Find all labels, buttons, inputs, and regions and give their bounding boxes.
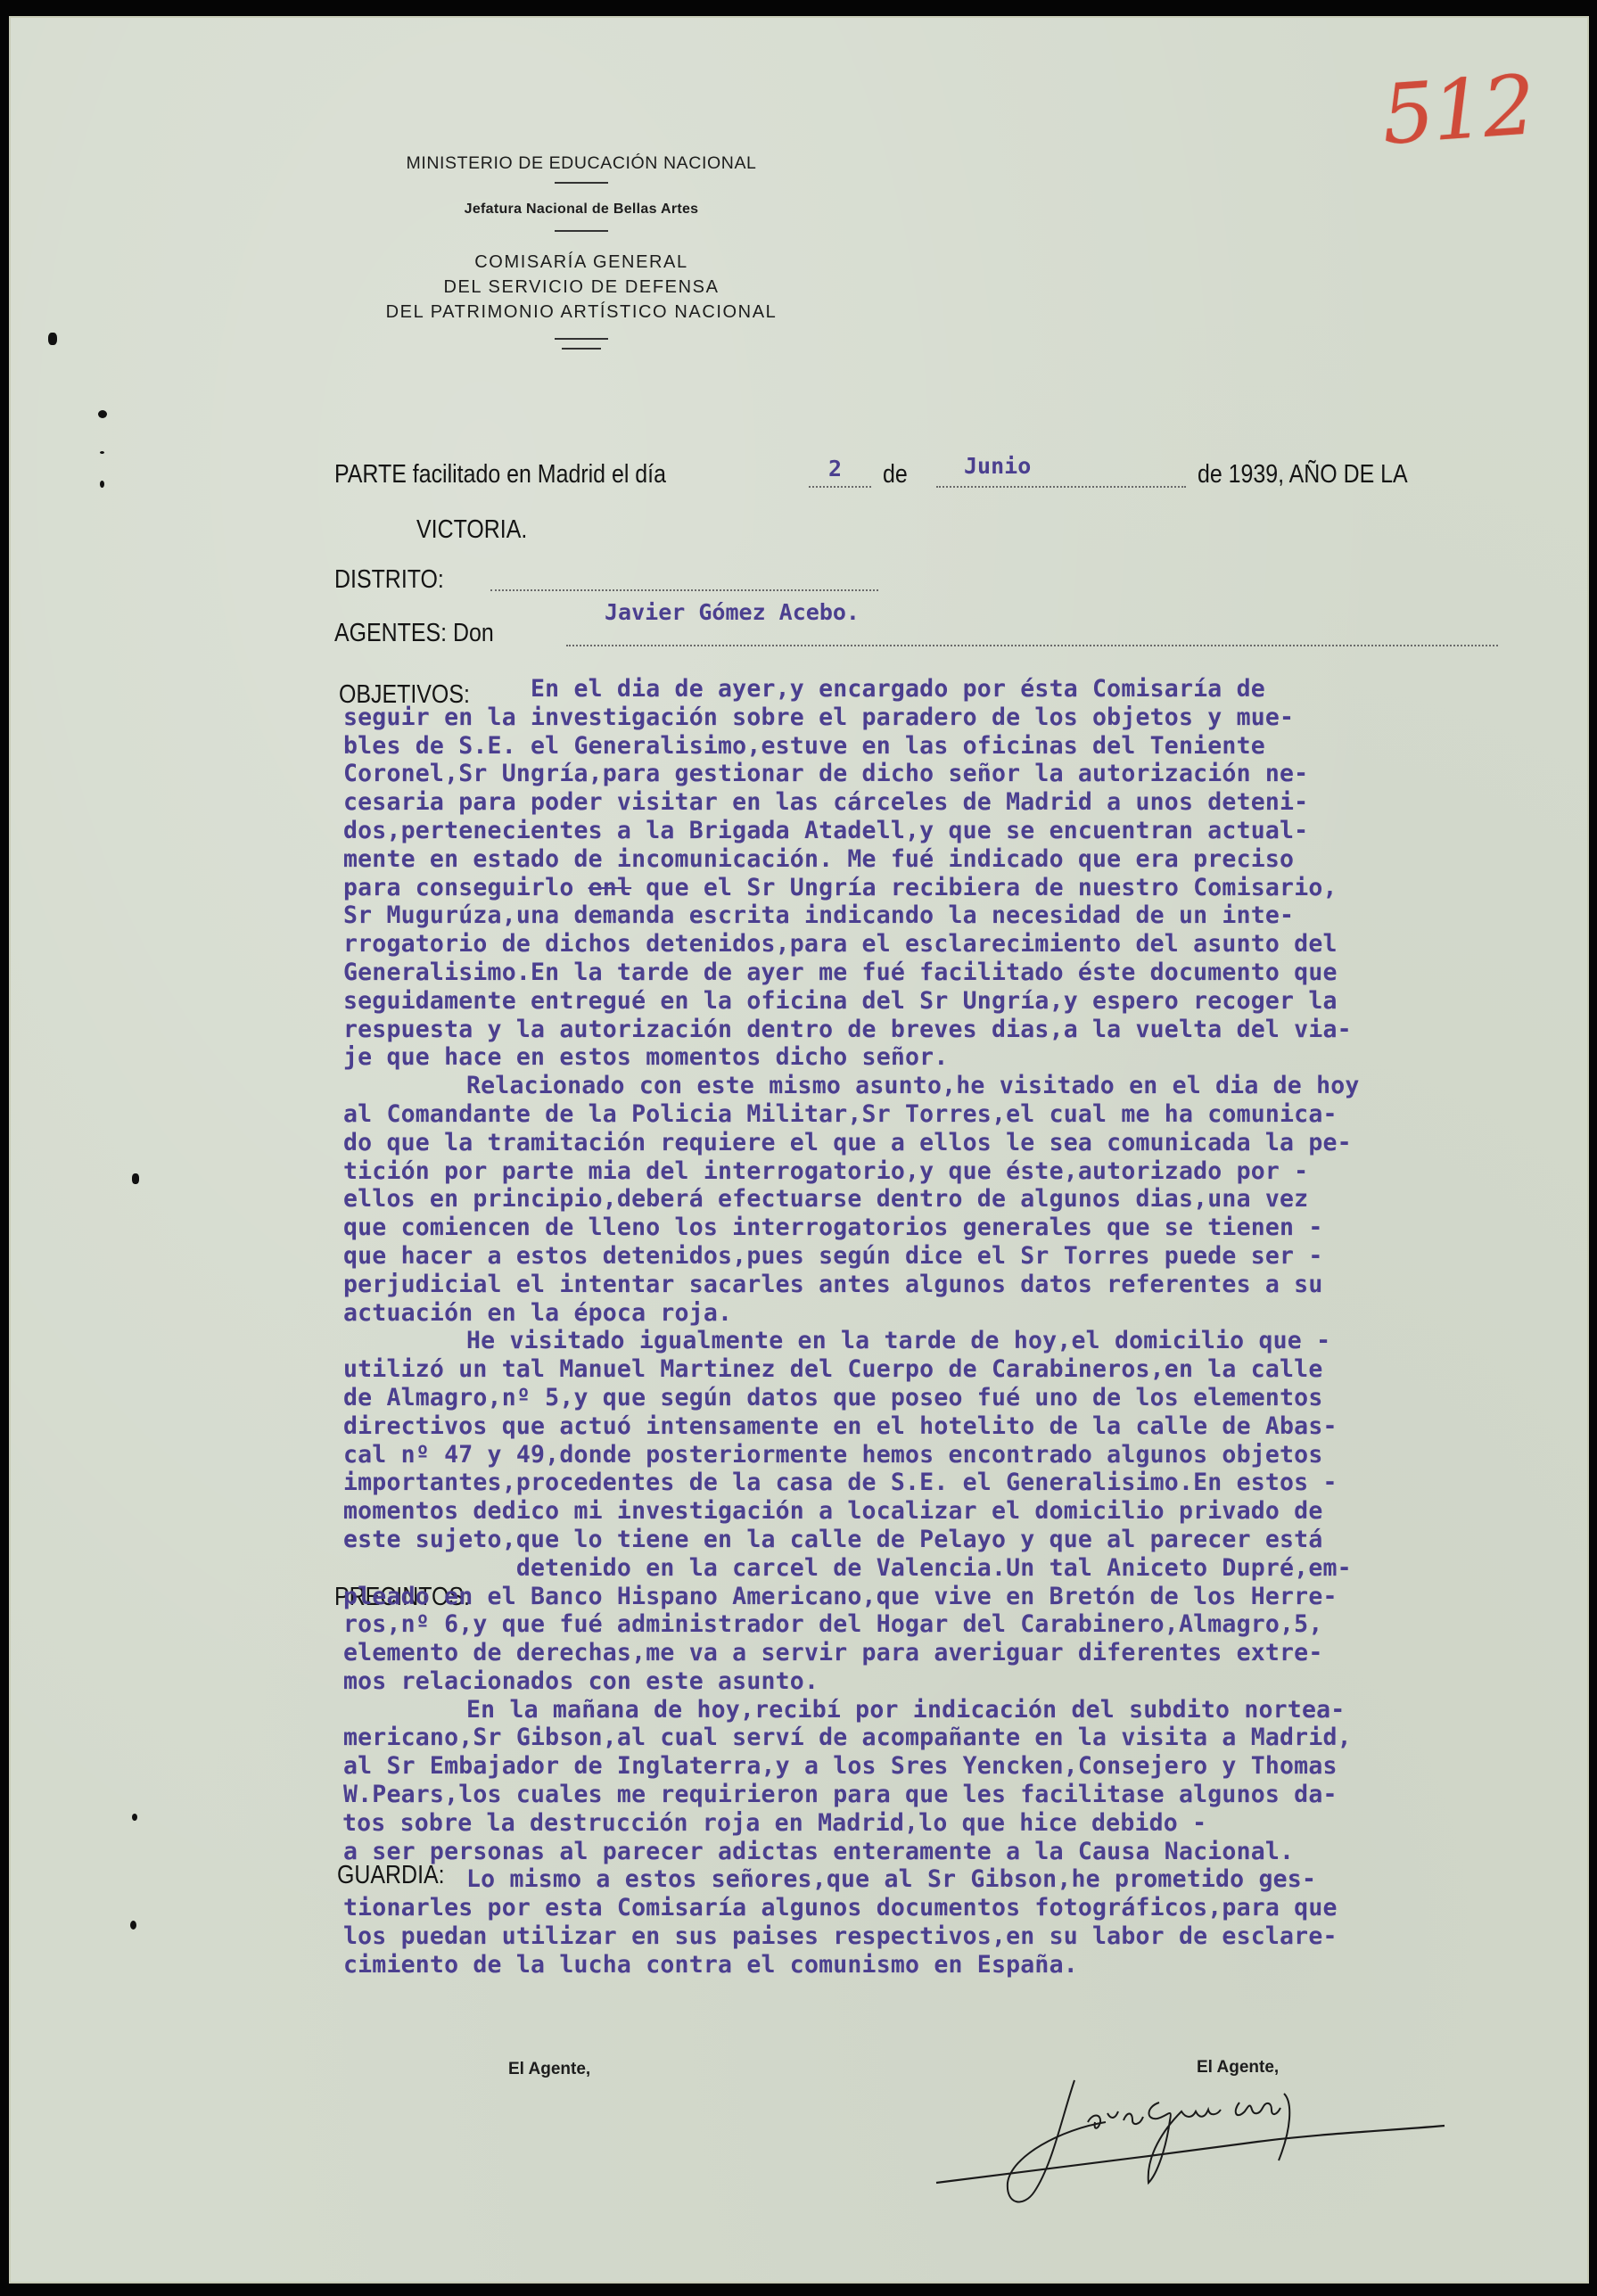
agentes-label: AGENTES: Don [334,619,494,648]
body-line: do que la tramitación requiere el que a … [343,1129,1592,1157]
day-field-line [809,486,871,488]
punch-hole-mark [132,1814,137,1821]
body-line: En la mañana de hoy,recibí por indicació… [343,1696,1592,1724]
month-value: Junio [964,453,1031,479]
body-line: los puedan utilizar en sus paises respec… [343,1922,1592,1951]
body-line: dos,pertenecientes a la Brigada Atadell,… [343,817,1592,845]
letterhead-divider [555,182,608,184]
body-line: a ser personas al parecer adictas entera… [343,1838,1592,1866]
commission-line-2: DEL SERVICIO DE DEFENSA [341,275,822,300]
punch-hole-mark [130,1921,136,1930]
letterhead-commission: COMISARÍA GENERAL DEL SERVICIO DE DEFENS… [341,250,822,325]
body-line: tos sobre la destrucción roja en Madrid,… [342,1809,1592,1838]
body-line: para conseguirlo enl que el Sr Ungría re… [343,874,1592,902]
letterhead-divider [555,338,608,340]
agentes-value: Javier Gómez Acebo. [605,599,860,625]
body-line: Generalisimo.En la tarde de ayer me fué … [343,959,1592,987]
body-line: utilizó un tal Manuel Martinez del Cuerp… [343,1355,1592,1384]
body-line: perjudicial el intentar sacarles antes a… [343,1271,1592,1299]
body-line: elemento de derechas,me va a servir para… [343,1639,1592,1667]
year-label: de 1939, AÑO DE LA [1198,460,1408,490]
body-line: Relacionado con este mismo asunto,he vis… [343,1072,1592,1100]
distrito-label: DISTRITO: [334,565,444,595]
body-line: En el dia de ayer,y encargado por ésta C… [343,675,1592,704]
commission-line-3: DEL PATRIMONIO ARTÍSTICO NACIONAL [341,300,822,325]
punch-hole-mark [100,451,104,454]
body-line: actuación en la época roja. [343,1299,1592,1328]
letterhead-department: Jefatura Nacional de Bellas Artes [403,202,760,218]
left-agent-label: El Agente, [508,2060,590,2079]
body-line: rrogatorio de dichos detenidos,para el e… [343,930,1592,959]
body-line: al Sr Embajador de Inglaterra,y a los Sr… [343,1752,1592,1781]
body-line: importantes,procedentes de la casa de S.… [343,1469,1592,1497]
body-line: ros,nº 6,y que fué administrador del Hog… [343,1610,1592,1639]
punch-hole-mark [98,410,107,418]
body-line: tionarles por esta Comisaría algunos doc… [343,1894,1592,1922]
body-line: bles de S.E. el Generalisimo,estuve en l… [343,732,1592,761]
body-line: de Almagro,nº 5,y que según datos que po… [343,1384,1592,1412]
body-line: Coronel,Sr Ungría,para gestionar de dich… [343,760,1592,788]
body-line: Lo mismo a estos señores,que al Sr Gibso… [343,1865,1592,1894]
body-line: que comiencen de lleno los interrogatori… [343,1214,1592,1242]
body-line: ellos en principio,deberá efectuarse den… [343,1185,1592,1214]
body-line: je que hace en estos momentos dicho seño… [343,1043,1592,1072]
body-line: seguidamente entregué en la oficina del … [343,987,1592,1016]
body-line: cal nº 47 y 49,donde posteriormente hemo… [343,1441,1592,1469]
body-line: momentos dedico mi investigación a local… [343,1497,1592,1526]
report-body: En el dia de ayer,y encargado por ésta C… [343,675,1592,1979]
body-line-part: que el Sr Ungría recibiera de nuestro Co… [631,874,1338,901]
body-line: este sujeto,que lo tiene en la calle de … [343,1526,1592,1554]
body-line: que hacer a estos detenidos,pues según d… [343,1242,1592,1271]
body-line: detenido en la carcel de Valencia.Un tal… [343,1554,1592,1583]
victoria-label: VICTORIA. [416,515,527,545]
letterhead-divider [562,348,601,350]
commission-line-1: COMISARÍA GENERAL [341,250,822,275]
letterhead-divider [555,230,608,232]
punch-hole-mark [48,333,57,345]
day-value: 2 [828,456,842,481]
body-line: He visitado igualmente en la tarde de ho… [343,1327,1592,1355]
body-line: mericano,Sr Gibson,al cual serví de acom… [343,1724,1592,1752]
body-line: al Comandante de la Policia Militar,Sr T… [343,1100,1592,1129]
body-line: Sr Mugurúza,una demanda escrita indicand… [343,901,1592,930]
body-line: mos relacionados con este asunto. [343,1667,1592,1696]
distrito-field[interactable] [490,589,878,591]
struck-out-text: enl [589,874,631,901]
punch-hole-mark [132,1173,139,1184]
body-line: pleado en el Banco Hispano Americano,que… [343,1583,1592,1611]
document-page: 512 MINISTERIO DE EDUCACIÓN NACIONAL Jef… [9,16,1589,2284]
agentes-field-line [566,645,1498,646]
body-line: seguir en la investigación sobre el para… [343,704,1592,732]
body-line: mente en estado de incomunicación. Me fu… [343,845,1592,874]
body-line: respuesta y la autorización dentro de br… [343,1016,1592,1044]
parte-label: PARTE facilitado en Madrid el día [334,460,666,490]
folio-number: 512 [1379,57,1536,163]
body-line: directivos que actuó intensamente en el … [343,1412,1592,1441]
de-label: de [883,460,908,490]
body-line-part: para conseguirlo [343,874,573,901]
punch-hole-mark [100,481,104,488]
body-line: tición por parte mia del interrogatorio,… [343,1157,1592,1186]
body-line: cimiento de la lucha contra el comunismo… [343,1951,1592,1979]
month-field-line [936,486,1186,488]
letterhead-ministry: MINISTERIO DE EDUCACIÓN NACIONAL [358,153,804,174]
handwritten-signature [918,2067,1489,2210]
body-line: cesaria para poder visitar en las cárcel… [343,788,1592,817]
body-line: W.Pears,los cuales me requirieron para q… [343,1781,1592,1809]
